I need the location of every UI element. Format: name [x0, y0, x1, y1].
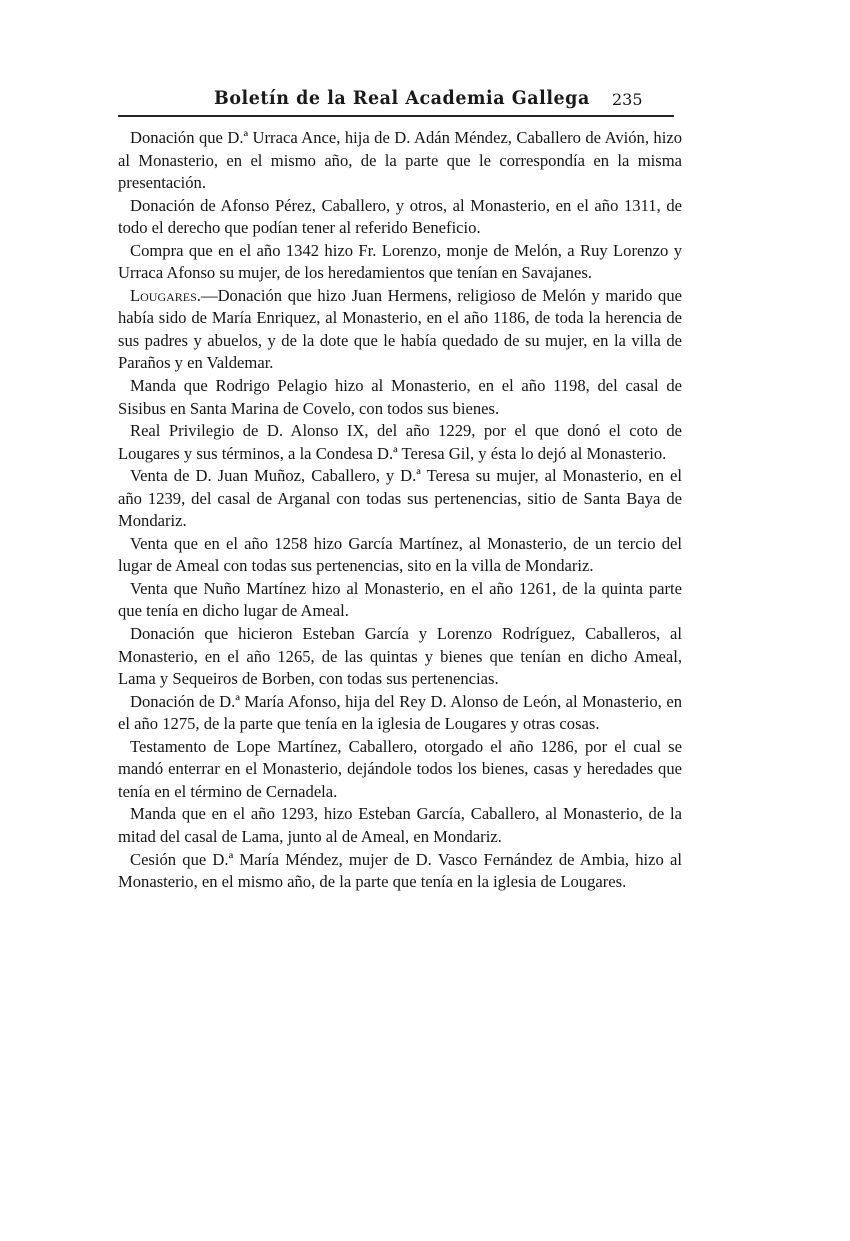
journal-title: Boletín de la Real Academia Gallega	[214, 87, 590, 109]
entry-paragraph: Venta que en el año 1258 hizo García Mar…	[118, 533, 682, 578]
entry-paragraph: Testamento de Lope Martínez, Caballero, …	[118, 736, 682, 804]
entry-paragraph: Donación que D.ª Urraca Ance, hija de D.…	[118, 127, 682, 195]
entry-paragraph-lougares: Lougares.—Donación que hizo Juan Hermens…	[118, 285, 682, 375]
document-body: Donación que D.ª Urraca Ance, hija de D.…	[118, 127, 682, 894]
entry-paragraph: Donación de Afonso Pérez, Caballero, y o…	[118, 195, 682, 240]
entry-paragraph: Compra que en el año 1342 hizo Fr. Loren…	[118, 240, 682, 285]
header-rule	[118, 115, 674, 117]
entry-paragraph: Donación de D.ª María Afonso, hija del R…	[118, 691, 682, 736]
entry-paragraph: Real Privilegio de D. Alonso IX, del año…	[118, 420, 682, 465]
entry-paragraph: Manda que en el año 1293, hizo Esteban G…	[118, 803, 682, 848]
entry-paragraph: Donación que hicieron Esteban García y L…	[118, 623, 682, 691]
entry-paragraph: Venta que Nuño Martínez hizo al Monaster…	[118, 578, 682, 623]
entry-paragraph: Manda que Rodrigo Pelagio hizo al Monast…	[118, 375, 682, 420]
section-heading: Lougares.	[130, 286, 201, 305]
entry-paragraph: Venta de D. Juan Muñoz, Caballero, y D.ª…	[118, 465, 682, 533]
page-number: 235	[612, 90, 643, 109]
entry-paragraph: Cesión que D.ª María Méndez, mujer de D.…	[118, 849, 682, 894]
running-header: Boletín de la Real Academia Gallega 235	[118, 86, 676, 116]
